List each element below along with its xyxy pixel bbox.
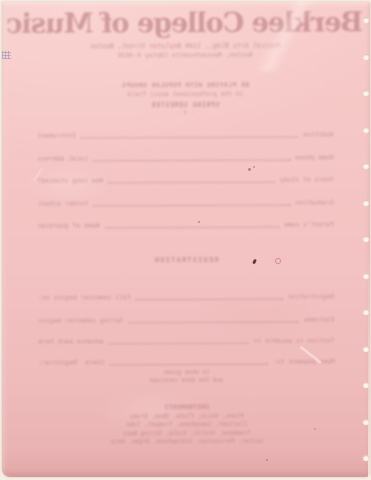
ink-speck (248, 168, 251, 171)
dotted-leader (93, 159, 290, 161)
form-row: Graduation Former school (38, 198, 334, 207)
punch-hole (363, 90, 369, 96)
punch-hole (363, 17, 369, 23)
punch-hole (363, 346, 369, 352)
form-label: Check (85, 358, 104, 366)
form-label: Registrar: (39, 358, 78, 366)
form-label: Former school (38, 199, 88, 207)
form-row: Diplomas Spring semester begins (38, 315, 334, 324)
form-label: advance each term (38, 337, 103, 345)
form-row: Registration Fall semester begins on: (38, 292, 334, 301)
scanned-page: Berklee College of Music Musical Arts Bl… (0, 0, 371, 480)
form-label: Make payment to: (273, 357, 335, 365)
ink-speck (266, 459, 268, 461)
punch-hole (363, 163, 369, 169)
form-label: Instrument (38, 131, 77, 139)
instruments-line: Guitar, Percussion, Vibraphone, Organ, H… (3, 438, 371, 446)
dotted-leader (109, 364, 268, 366)
instruments-line: Piano, Voice, Flute, Oboe, Drums (3, 413, 371, 421)
form-label: Graduation (295, 198, 334, 206)
punch-hole (363, 273, 369, 279)
form-label: Years of study (280, 175, 334, 183)
punch-hole (363, 54, 369, 60)
form-row: Audition Instrument (38, 130, 334, 139)
punch-hole (363, 309, 369, 315)
address-line-1: Musical Arts Bldg., 1140 Boylston Street… (1, 41, 369, 51)
punch-hole (363, 127, 369, 133)
form-label: Tuition is payable in (254, 336, 335, 344)
punch-hole (363, 455, 369, 461)
form-label: Diplomas (304, 315, 335, 323)
punch-hole (363, 236, 369, 242)
dotted-leader (108, 182, 275, 184)
ink-speck (314, 428, 316, 430)
form-label: Spring semester begins (38, 316, 123, 324)
showthrough-ink-layer: Berklee College of Music Musical Arts Bl… (1, 1, 371, 478)
form-label: How long studied? (38, 176, 103, 184)
form-label: Name of guardian (38, 221, 100, 229)
registration-cross-mark (2, 51, 11, 59)
form-row: Home phone Local address (38, 153, 334, 162)
form-label: Audition (303, 130, 334, 138)
form-label: Parent's name (284, 220, 334, 228)
dotted-leader (93, 204, 290, 206)
notice-line-3: SPRING SEMESTER (1, 100, 369, 110)
notice-line-2: in the professional music field (1, 90, 369, 99)
form-row: Parent's name Name of guardian (38, 220, 334, 229)
form-label: Registration (288, 292, 334, 300)
ink-speck (198, 221, 200, 223)
punch-hole (363, 382, 369, 388)
page-number: - 2 - (1, 109, 369, 117)
dotted-leader (128, 322, 299, 324)
address-line-2: Boston, Massachusetts COpley 6-4630 (1, 50, 369, 60)
form-label: Fall semester begins on: (38, 293, 130, 301)
form-row: Tuition is payable in advance each term (38, 336, 334, 345)
instruments-line: Trombone, Violin, Viola, String Bass (3, 430, 371, 438)
instruments-heading: INSTRUMENTS (3, 403, 371, 412)
payment-sub-line-2: and the date received (3, 377, 371, 385)
ink-speck (275, 258, 281, 264)
form-row: Make payment to: Check Registrar: (39, 357, 335, 366)
notice-line-1: BE PLAYING WITH POPULAR GROUPS (1, 80, 369, 90)
form-label: Home phone (295, 153, 334, 161)
pink-paper-sheet: Berklee College of Music Musical Arts Bl… (2, 2, 370, 477)
college-name-showthrough: Berklee College of Music (1, 7, 369, 40)
section-heading: REGISTRATION (2, 255, 370, 265)
dotted-leader (81, 137, 298, 139)
dotted-leader (105, 227, 279, 229)
punch-hole (363, 200, 369, 206)
payment-sub-line-1: to whom given (3, 369, 371, 377)
ink-speck (253, 166, 255, 168)
form-row: Years of study How long studied? (38, 175, 334, 184)
dotted-leader (109, 343, 249, 345)
punch-hole (363, 419, 369, 425)
form-label: Local address (38, 154, 88, 162)
dotted-leader (136, 299, 283, 301)
